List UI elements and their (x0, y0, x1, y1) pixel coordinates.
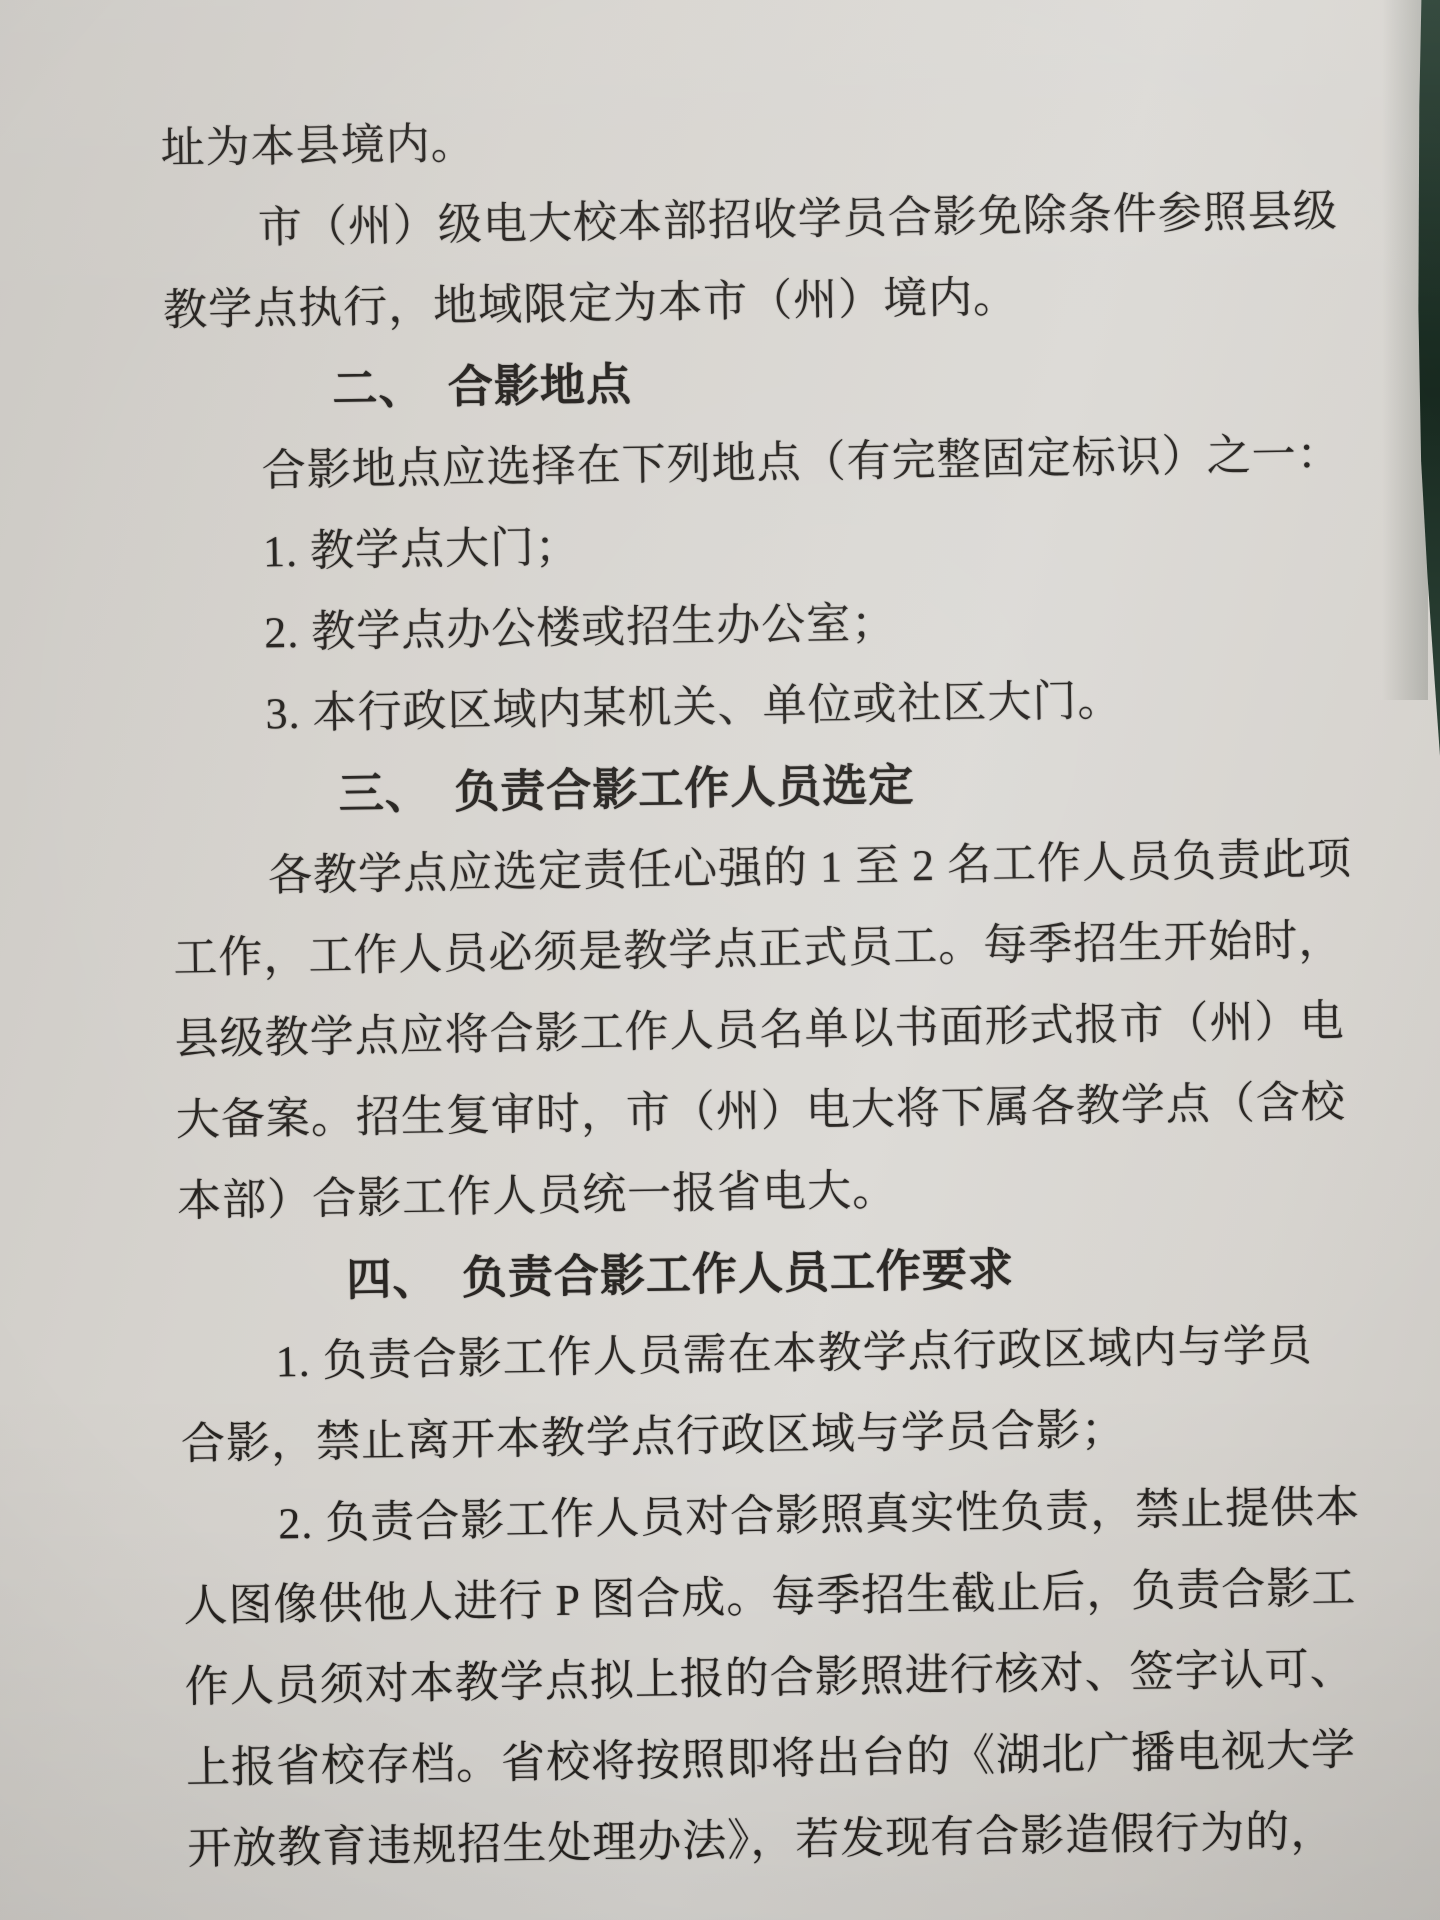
background-edge (1410, 0, 1440, 756)
text-line: 开放教育违规招生处理办法》，若发现有合影造假行为的， (187, 1791, 1308, 1890)
document-text: 址为本县境内。市（州）级电大校本部招收学员合影免除条件参照县级教学点执行，地域限… (160, 90, 1308, 1889)
photographed-page: 址为本县境内。市（州）级电大校本部招收学员合影免除条件参照县级教学点执行，地域限… (0, 0, 1440, 1920)
